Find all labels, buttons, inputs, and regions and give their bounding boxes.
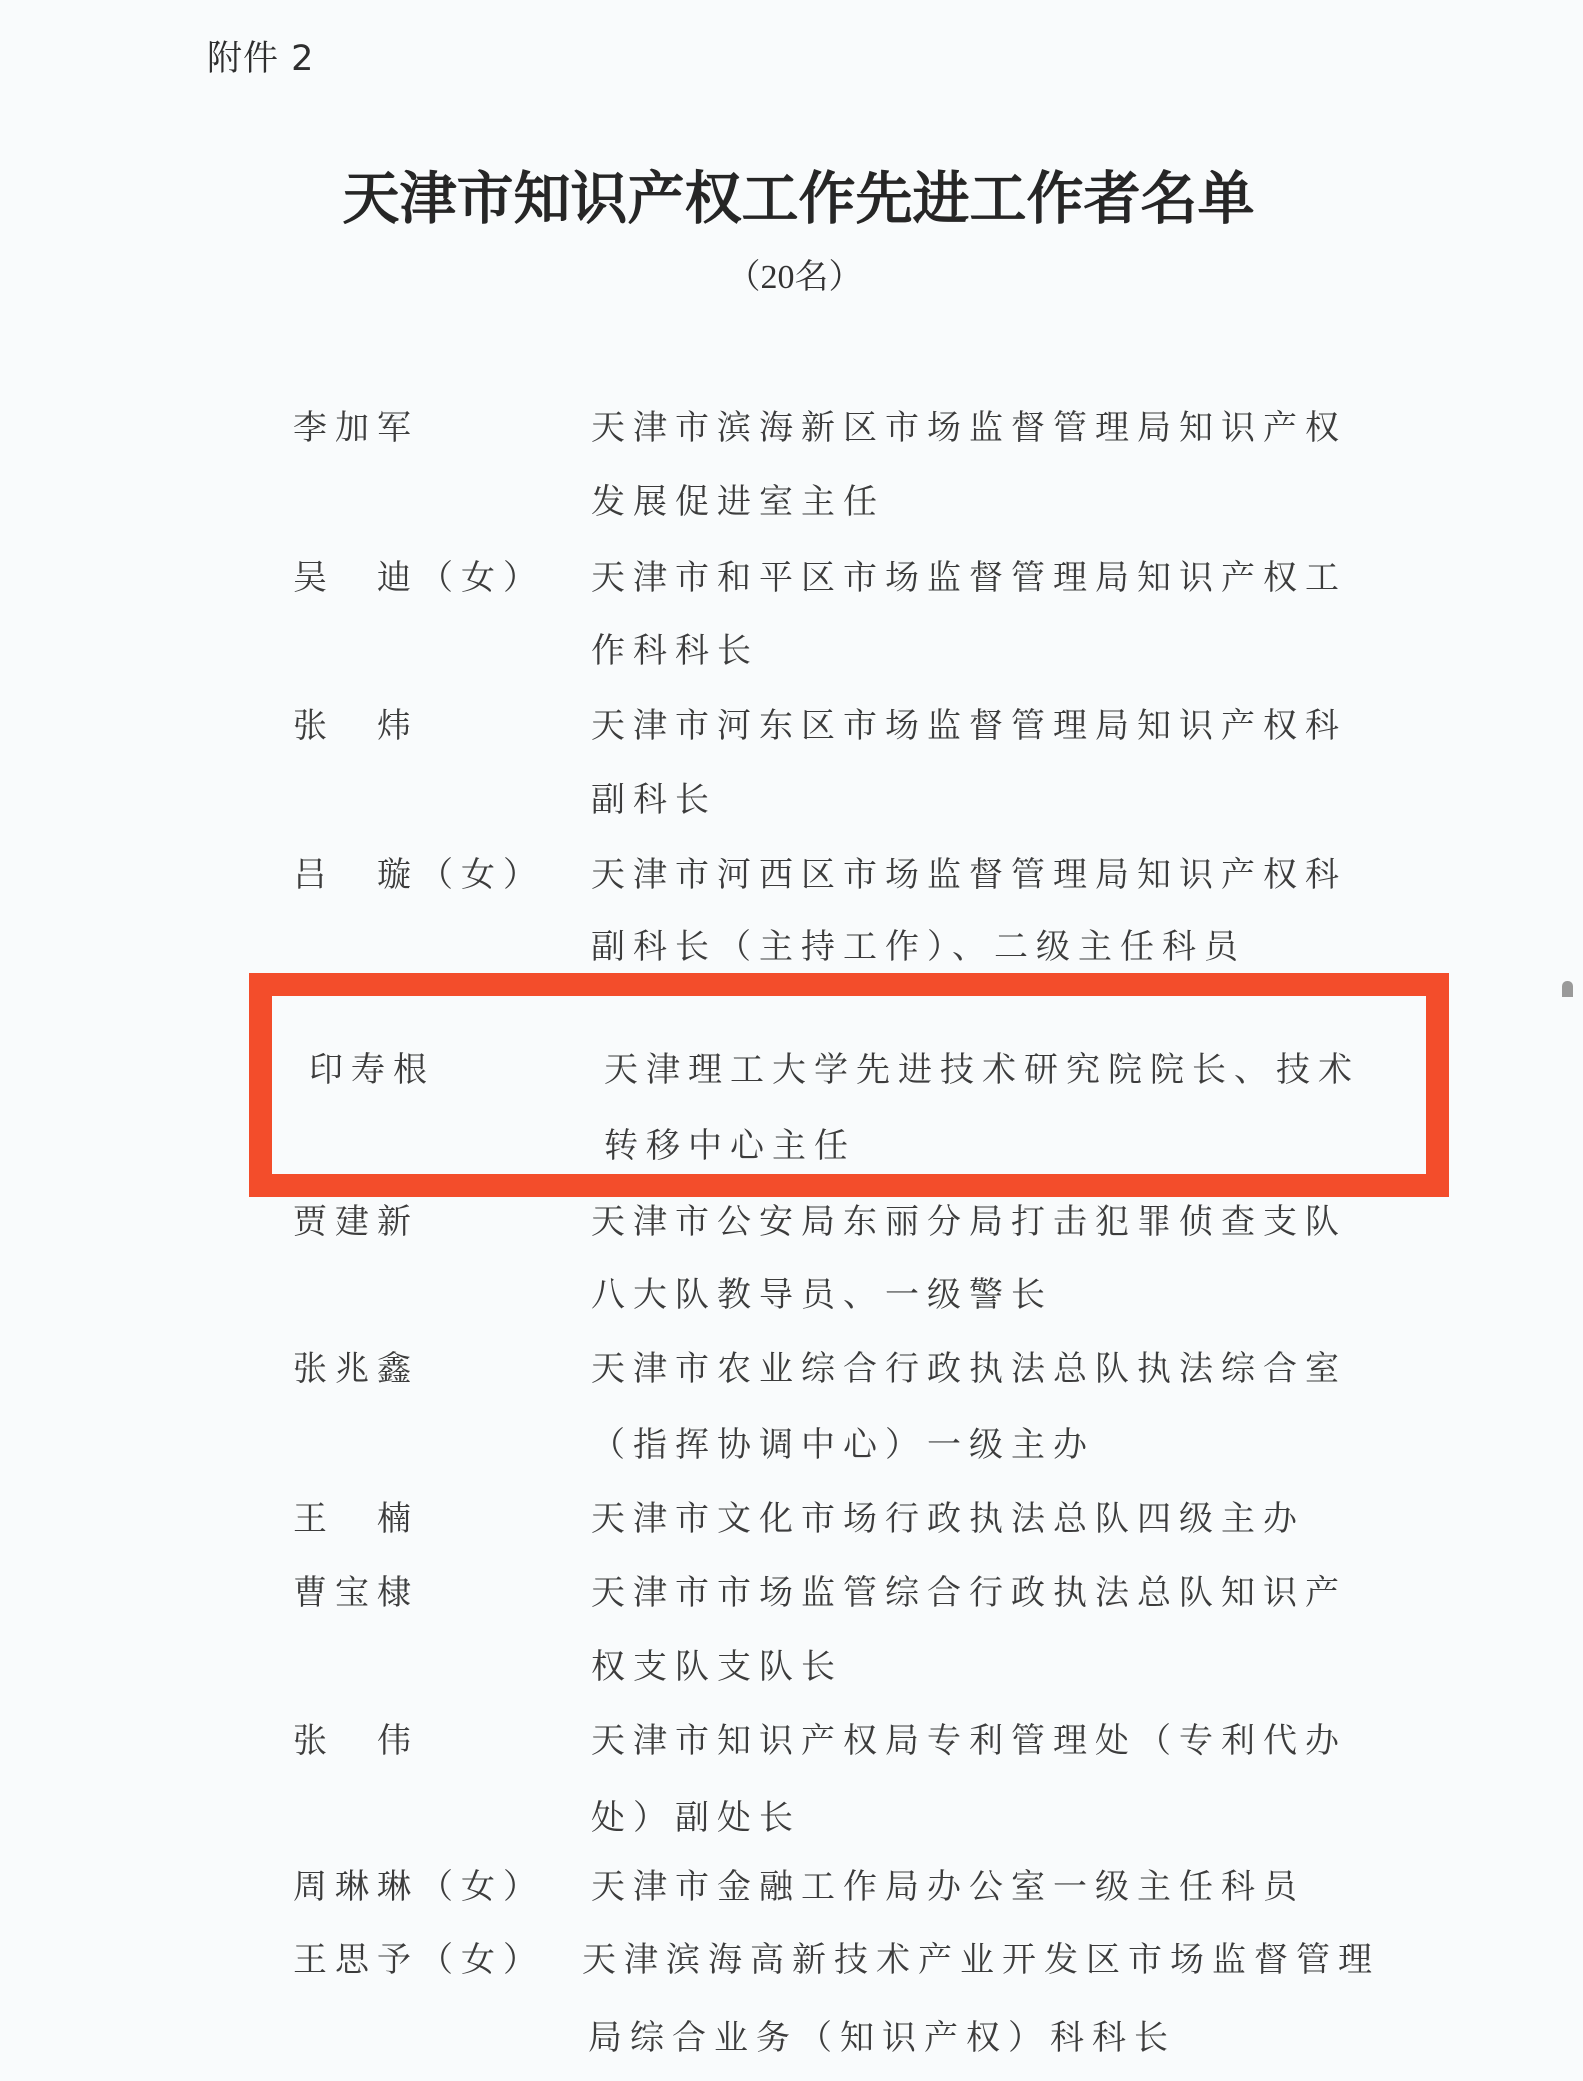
honoree-title-line: 作科科长 xyxy=(591,614,759,688)
honoree-title-line: 天津市河东区市场监督管理局知识产权科 xyxy=(591,689,1347,763)
honoree-title-line: 处）副处长 xyxy=(591,1781,801,1855)
honoree-name: 王 楠 xyxy=(293,1482,419,1556)
honoree-title-line: 天津市知识产权局专利管理处（专利代办 xyxy=(591,1704,1347,1778)
attachment-label: 附件 2 xyxy=(207,38,314,80)
scroll-handle[interactable] xyxy=(1562,981,1573,997)
honoree-title-line: （指挥协调中心）一级主办 xyxy=(591,1408,1095,1482)
document-title-text: 天津市知识产权工作先进工作者名单 xyxy=(343,165,1255,232)
honoree-title-line: 天津滨海高新技术产业开发区市场监督管理 xyxy=(582,1923,1380,1997)
honoree-name: 周琳琳（女） xyxy=(293,1850,545,1924)
highlight-box xyxy=(249,973,1449,1197)
honoree-name: 张兆鑫 xyxy=(293,1332,419,1406)
honoree-title-line: 天津市金融工作局办公室一级主任科员 xyxy=(591,1850,1305,1924)
honoree-name: 张 伟 xyxy=(293,1704,419,1778)
honoree-title-line: 天津市农业综合行政执法总队执法综合室 xyxy=(591,1332,1347,1406)
honoree-title-line: 发展促进室主任 xyxy=(591,465,885,539)
document-title: 天津市知识产权工作先进工作者名单 xyxy=(0,166,1583,232)
honoree-title-line: 天津市文化市场行政执法总队四级主办 xyxy=(591,1482,1305,1556)
honoree-title-line: 天津市市场监管综合行政执法总队知识产 xyxy=(591,1556,1347,1630)
honoree-name: 张 炜 xyxy=(293,689,419,763)
honoree-name: 吴 迪（女） xyxy=(293,541,545,615)
honoree-title-line: 八大队教导员、一级警长 xyxy=(591,1258,1053,1332)
honoree-name: 王思予（女） xyxy=(293,1923,545,1997)
honoree-title-line: 局综合业务（知识产权）科科长 xyxy=(588,2001,1176,2075)
honoree-title-line: 权支队支队长 xyxy=(591,1630,843,1704)
document-subtitle-text: （20名） xyxy=(727,259,863,296)
honoree-name: 曹宝棣 xyxy=(293,1556,419,1630)
honoree-title-line: 天津市滨海新区市场监督管理局知识产权 xyxy=(591,391,1347,465)
honoree-name: 吕 璇（女） xyxy=(293,838,545,912)
document-subtitle: （20名） xyxy=(0,257,1583,299)
honoree-title-line: 天津市河西区市场监督管理局知识产权科 xyxy=(591,838,1347,912)
honoree-title-line: 天津市和平区市场监督管理局知识产权工 xyxy=(591,541,1347,615)
honoree-name: 李加军 xyxy=(293,391,419,465)
honoree-title-line: 副科长 xyxy=(591,763,717,837)
